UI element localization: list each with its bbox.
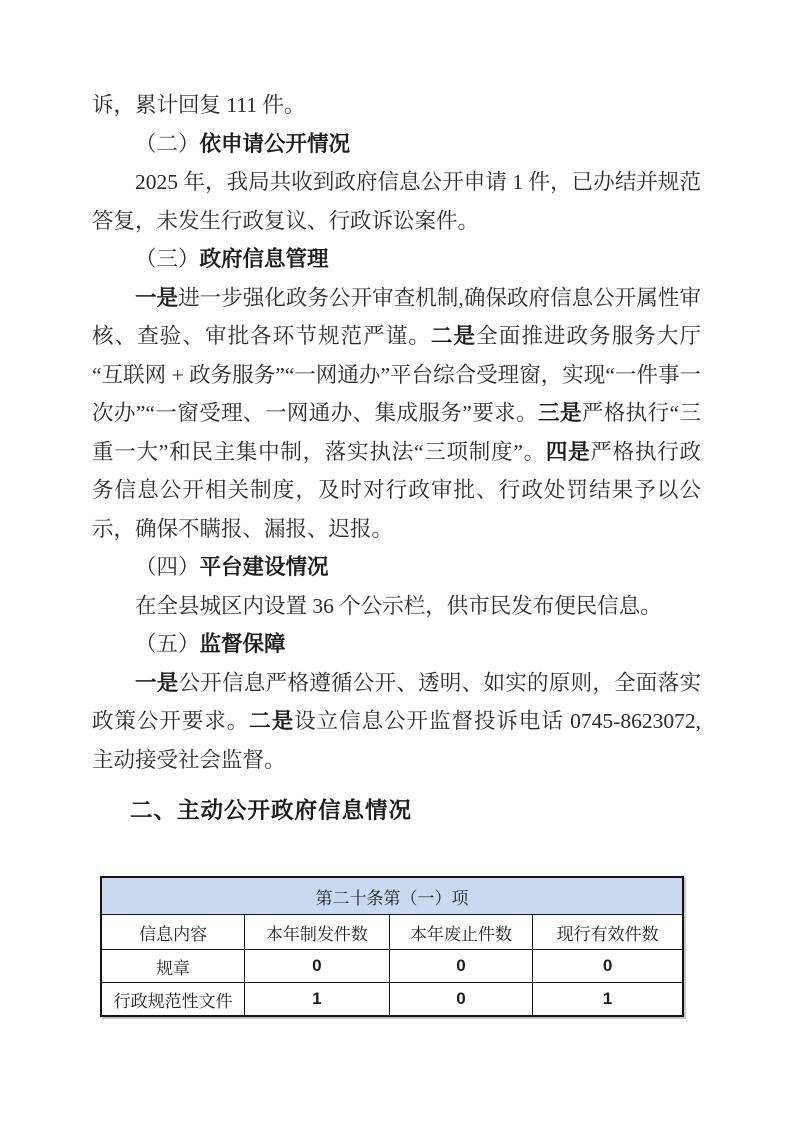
row-label: 行政规范性文件 (101, 983, 245, 1017)
row-label: 规章 (101, 950, 245, 983)
col-header-issued-this-year: 本年制发件数 (245, 915, 389, 950)
paragraph-continuation: 诉，累计回复 111 件。 (92, 86, 701, 125)
table-title: 第二十条第（一）项 (101, 877, 683, 915)
col-header-info-content: 信息内容 (101, 915, 245, 950)
section-heading-2: （二）依申请公开情况 (92, 125, 701, 164)
section-heading-5: （五）监督保障 (92, 625, 701, 664)
col-header-repealed-this-year: 本年废止件数 (389, 915, 533, 950)
paragraph-application-disclosure: 2025 年，我局共收到政府信息公开申请 1 件，已办结并规范答复，未发生行政复… (92, 163, 701, 240)
cell-value: 1 (533, 983, 683, 1017)
table-row-normative-documents: 行政规范性文件 1 0 1 (101, 983, 683, 1017)
section-heading-4: （四）平台建设情况 (92, 548, 701, 587)
main-section-heading: 二、主动公开政府信息情况 (92, 792, 701, 830)
paragraph-information-management: 一是进一步强化政务公开审查机制,确保政府信息公开属性审核、查验、审批各环节规范严… (92, 279, 701, 549)
col-header-currently-valid: 现行有效件数 (533, 915, 683, 950)
cell-value: 0 (389, 983, 533, 1017)
document-page: 诉，累计回复 111 件。 （二）依申请公开情况 2025 年，我局共收到政府信… (0, 0, 793, 1122)
cell-value: 0 (245, 950, 389, 983)
cell-value: 0 (389, 950, 533, 983)
paragraph-supervision-guarantee: 一是公开信息严格遵循公开、透明、如实的原则，全面落实政策公开要求。二是设立信息公… (92, 664, 701, 780)
paragraph-platform-construction: 在全县城区内设置 36 个公示栏，供市民发布便民信息。 (92, 587, 701, 626)
cell-value: 1 (245, 983, 389, 1017)
article-20-1-table: 第二十条第（一）项 信息内容 本年制发件数 本年废止件数 现行有效件数 规章 0… (100, 876, 684, 1017)
cell-value: 0 (533, 950, 683, 983)
section-heading-3: （三）政府信息管理 (92, 240, 701, 279)
table-row-regulations: 规章 0 0 0 (101, 950, 683, 983)
table-title-row: 第二十条第（一）项 (101, 877, 683, 915)
table-header-row: 信息内容 本年制发件数 本年废止件数 现行有效件数 (101, 915, 683, 950)
document-content: 诉，累计回复 111 件。 （二）依申请公开情况 2025 年，我局共收到政府信… (92, 86, 701, 1017)
